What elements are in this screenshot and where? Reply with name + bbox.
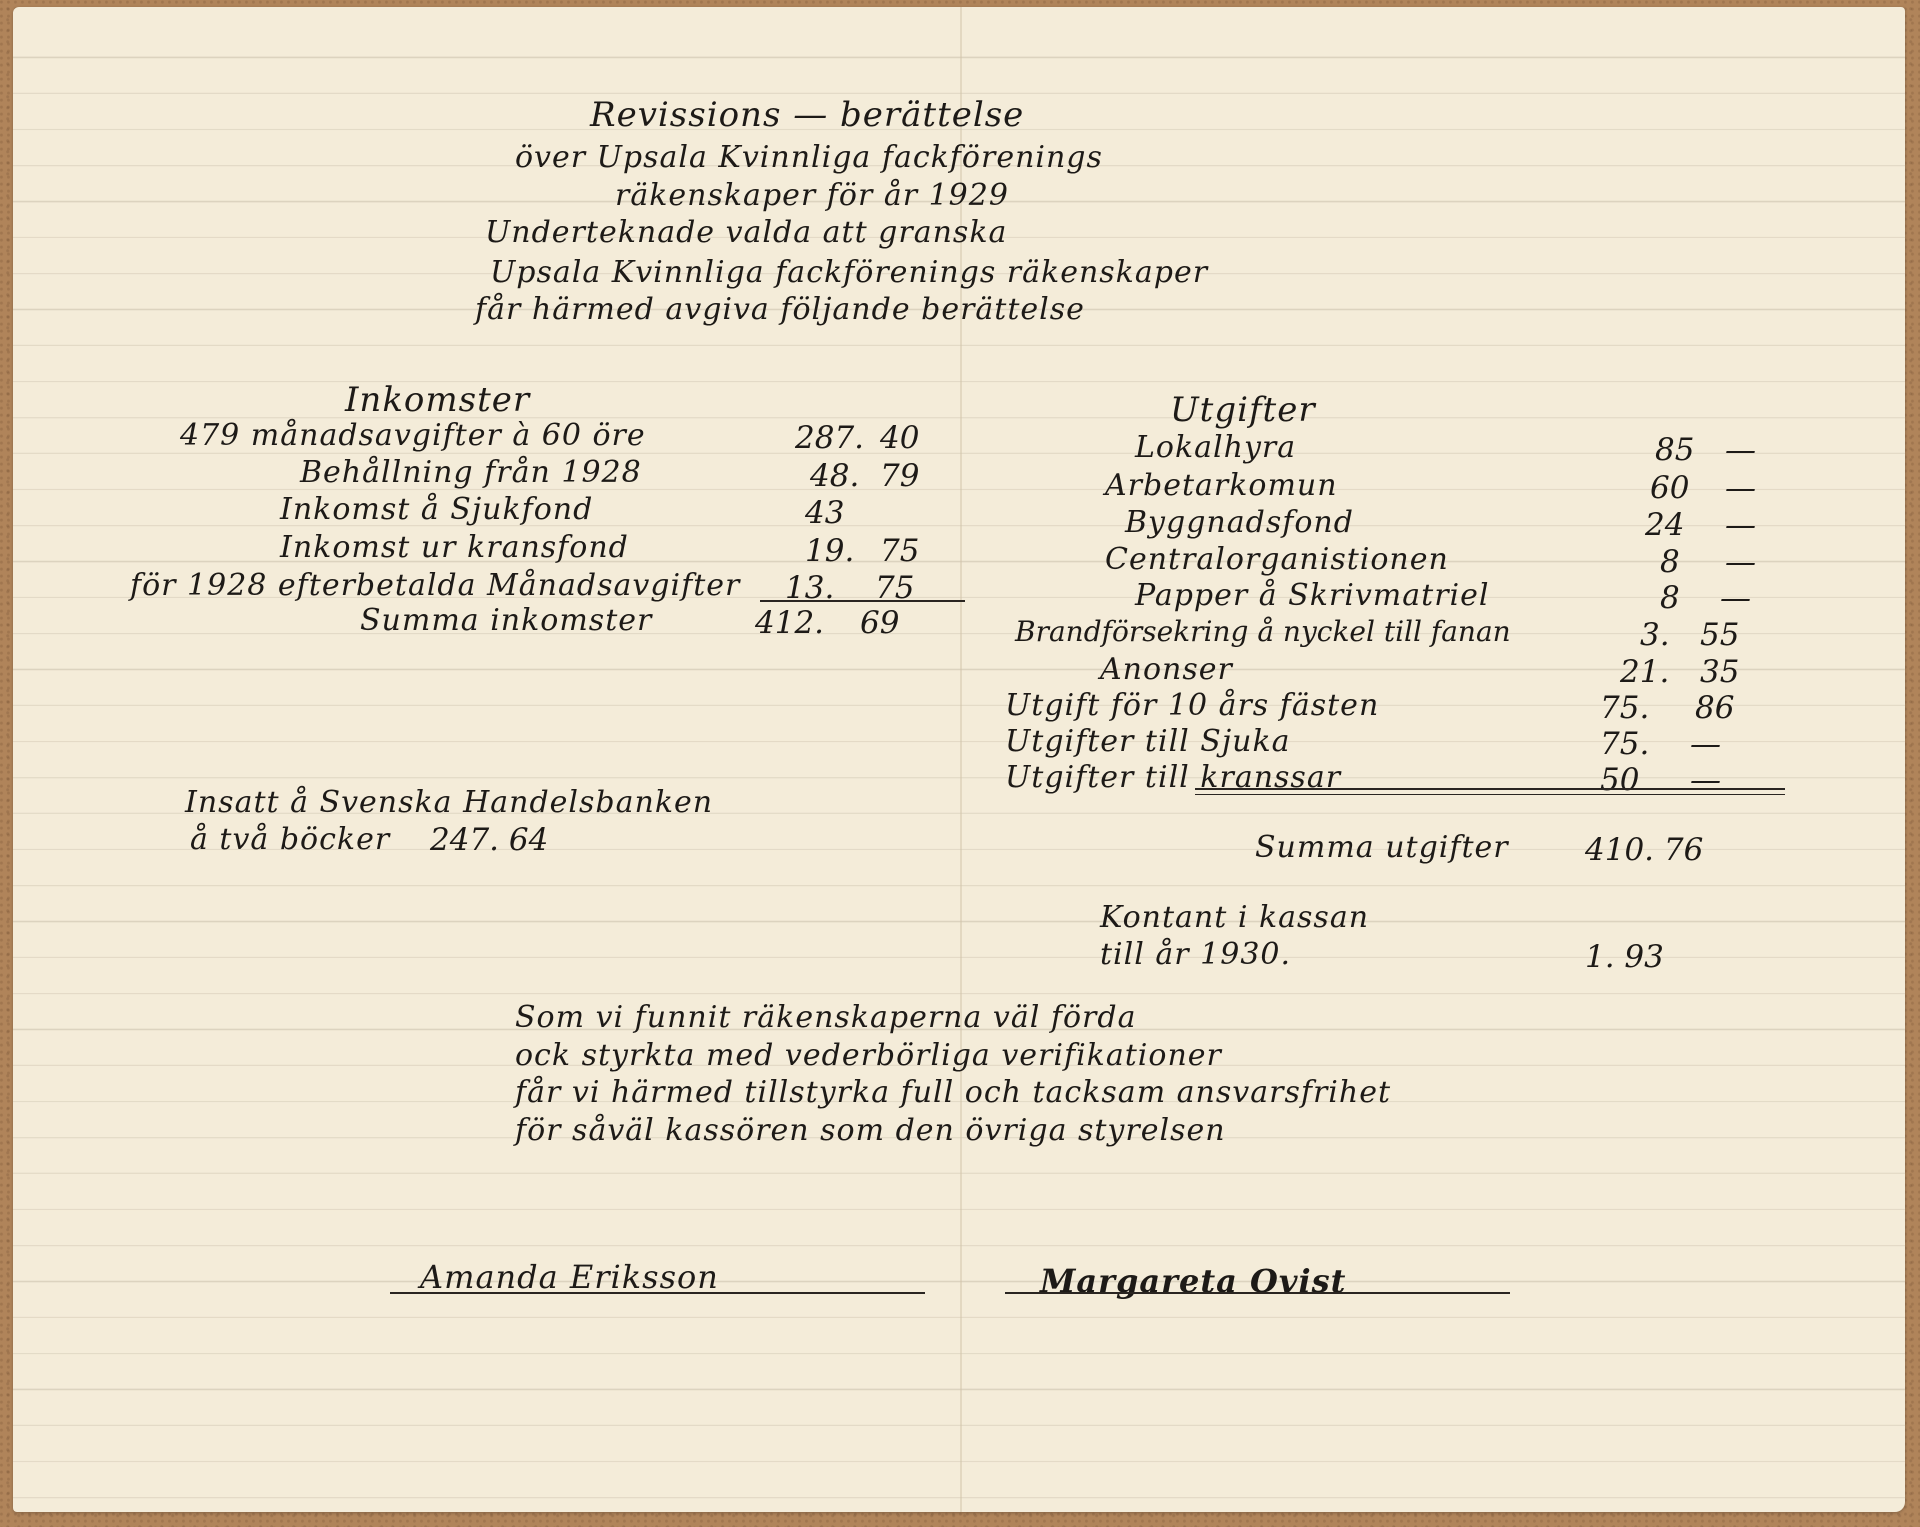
expense-row-label: Brandförsekring å nyckel till fanan — [1015, 615, 1511, 648]
signature-line-1 — [390, 1292, 925, 1294]
expense-row-label: Papper å Skrivmatriel — [1135, 578, 1489, 613]
cash-amount: 1. 93 — [1585, 939, 1664, 975]
expense-row-label: Anonser — [1100, 652, 1233, 687]
title-line: räkenskaper för år 1929 — [615, 178, 1009, 213]
expense-row-label: Lokalhyra — [1135, 430, 1296, 465]
income-row-label: Behållning från 1928 — [300, 455, 642, 490]
income-row-label: för 1928 efterbetalda Månadsavgifter — [130, 568, 740, 603]
income-row-kr: 287. — [795, 420, 864, 456]
signature-1: Amanda Eriksson — [420, 1258, 719, 1296]
income-row-label: Inkomst ur kransfond — [280, 530, 629, 565]
deposit-amount: 247. 64 — [430, 822, 548, 858]
expense-row-kr: 85 — [1655, 432, 1694, 468]
cash-line: till år 1930. — [1100, 937, 1291, 972]
expense-row-kr: 60 — [1650, 470, 1689, 506]
expense-row-kr: 3. — [1640, 617, 1670, 653]
doc-title: Revissions — berättelse — [590, 95, 1024, 135]
signature-2: Margareta Ovist — [1040, 1262, 1346, 1300]
closing-line: Som vi funnit räkenskaperna väl förda — [515, 1000, 1136, 1035]
income-sum-rule — [760, 600, 965, 602]
expense-row-kr: 8 — [1660, 544, 1680, 580]
income-row-kr: 19. — [805, 533, 854, 569]
expense-row-ore: 55 — [1700, 617, 1739, 653]
title-line: Underteknade valda att granska — [485, 215, 1007, 250]
closing-line: ock styrkta med vederbörliga verifikatio… — [515, 1038, 1222, 1073]
expenses-heading: Utgifter — [1170, 390, 1316, 430]
expense-row-label: Utgift för 10 års fästen — [1005, 688, 1379, 723]
deposit-line: Insatt å Svenska Handelsbanken — [185, 785, 713, 820]
expense-row-ore: — — [1725, 432, 1756, 468]
income-row-kr: 48. — [810, 458, 859, 494]
closing-line: får vi härmed tillstyrka full och tacksa… — [515, 1075, 1391, 1110]
expense-row-kr: 8 — [1660, 580, 1680, 616]
expense-row-ore: — — [1690, 726, 1721, 762]
closing-line: för såväl kassören som den övriga styrel… — [515, 1113, 1226, 1148]
income-total-kr: 412. — [755, 605, 824, 641]
income-heading: Inkomster — [345, 380, 530, 420]
cash-line: Kontant i kassan — [1100, 900, 1369, 935]
expense-row-kr: 50 — [1600, 762, 1639, 798]
expense-row-ore: — — [1725, 507, 1756, 543]
expense-row-ore: 35 — [1700, 654, 1739, 690]
title-line: Upsala Kvinnliga fackförenings räkenskap… — [490, 255, 1208, 290]
expense-row-label: Arbetarkomun — [1105, 468, 1338, 503]
expense-row-kr: 21. — [1620, 654, 1669, 690]
income-row-ore: 75 — [880, 533, 919, 569]
expense-total-amount: 410. 76 — [1585, 832, 1703, 868]
income-row-label: 479 månadsavgifter à 60 öre — [180, 418, 646, 453]
income-total-label: Summa inkomster — [360, 603, 652, 638]
expense-total-label: Summa utgifter — [1255, 830, 1509, 865]
expense-row-label: Byggnadsfond — [1125, 505, 1354, 540]
income-row-ore: 79 — [880, 458, 919, 494]
expense-row-kr: 75. — [1600, 726, 1649, 762]
income-total-ore: 69 — [860, 605, 899, 641]
expense-row-ore: — — [1690, 762, 1721, 798]
expense-sum-rule-double — [1195, 794, 1785, 795]
income-row-label: Inkomst å Sjukfond — [280, 492, 593, 527]
expense-row-kr: 24 — [1645, 507, 1684, 543]
expense-row-ore: — — [1725, 470, 1756, 506]
expense-row-ore: — — [1720, 580, 1751, 616]
title-line: över Upsala Kvinnliga fackförenings — [515, 140, 1103, 175]
expense-row-label: Utgifter till Sjuka — [1005, 724, 1291, 759]
signature-line-2 — [1005, 1292, 1510, 1294]
expense-row-ore: 86 — [1695, 690, 1734, 726]
expense-sum-rule — [1195, 788, 1785, 790]
income-row-ore: 40 — [880, 420, 919, 456]
expense-row-kr: 75. — [1600, 690, 1649, 726]
expense-row-label: Centralorganistionen — [1105, 542, 1449, 577]
deposit-line: å två böcker — [190, 822, 390, 857]
expense-row-ore: — — [1725, 544, 1756, 580]
income-row-kr: 43 — [805, 495, 844, 531]
title-line: får härmed avgiva följande berättelse — [475, 292, 1085, 327]
